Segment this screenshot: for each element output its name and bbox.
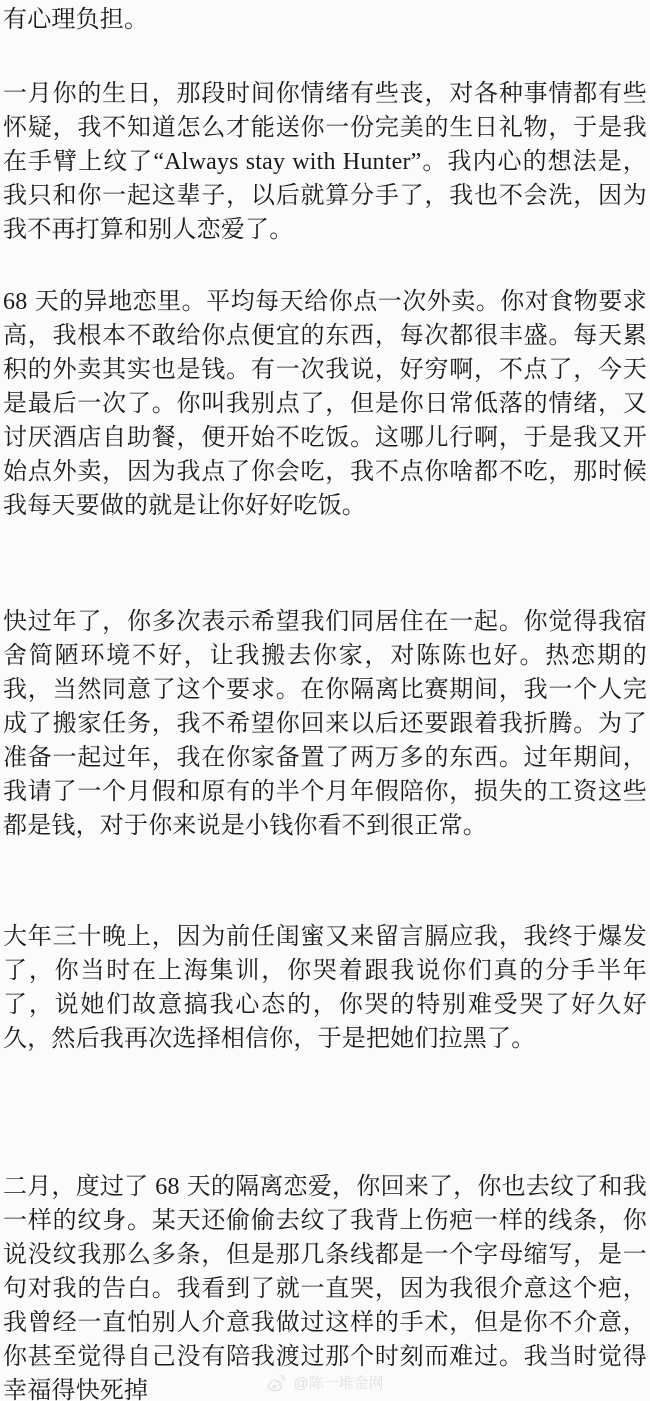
paragraph: 大年三十晚上，因为前任闺蜜又来留言膈应我，我终于爆发了，你当时在上海集训，你哭着… — [3, 920, 647, 1056]
paragraph-text: 快过年了，你多次表示希望我们同居住在一起。你觉得我宿舍简陋环境不好，让我搬去你家… — [3, 608, 647, 839]
watermark-handle: @陈一堆金网 — [293, 1374, 383, 1394]
page: { "page": { "background_color": "#fbfbfb… — [0, 0, 650, 1401]
number-text: 68 — [3, 289, 27, 315]
paragraph: 二月，度过了 68 天的隔离恋爱，你回来了，你也去纹了和我一样的纹身。某天还偷偷… — [3, 1170, 647, 1401]
weibo-watermark: @陈一堆金网 — [266, 1374, 383, 1394]
article-body: 有心理负担。 一月你的生日，那段时间你情绪有些丧，对各种事情都有些怀疑，我不知道… — [0, 0, 650, 1401]
weibo-logo-icon — [266, 1375, 288, 1393]
tattoo-quote-text: “Always stay with Hunter” — [153, 149, 421, 175]
paragraph-text: 二月，度过了 — [3, 1173, 155, 1200]
paragraph-text: 大年三十晚上，因为前任闺蜜又来留言膈应我，我终于爆发了，你当时在上海集训，你哭着… — [3, 923, 647, 1052]
paragraph: 68 天的异地恋里。平均每天给你点一次外卖。你对食物要求高，我根本不敢给你点便宜… — [3, 285, 647, 523]
paragraph: 快过年了，你多次表示希望我们同居住在一起。你觉得我宿舍简陋环境不好，让我搬去你家… — [3, 605, 647, 843]
paragraph: 一月你的生日，那段时间你情绪有些丧，对各种事情都有些怀疑，我不知道怎么才能送你一… — [3, 77, 647, 247]
paragraph-text: 天的隔离恋爱，你回来了，你也去纹了和我一样的纹身。某天还偷偷去纹了我背上伤疤一样… — [3, 1173, 647, 1401]
paragraph: 有心理负担。 — [3, 3, 647, 37]
paragraph-text: 有心理负担。 — [3, 6, 148, 33]
paragraph-text: 天的异地恋里。平均每天给你点一次外卖。你对食物要求高，我根本不敢给你点便宜的东西… — [3, 288, 647, 519]
number-text: 68 — [155, 1174, 179, 1200]
